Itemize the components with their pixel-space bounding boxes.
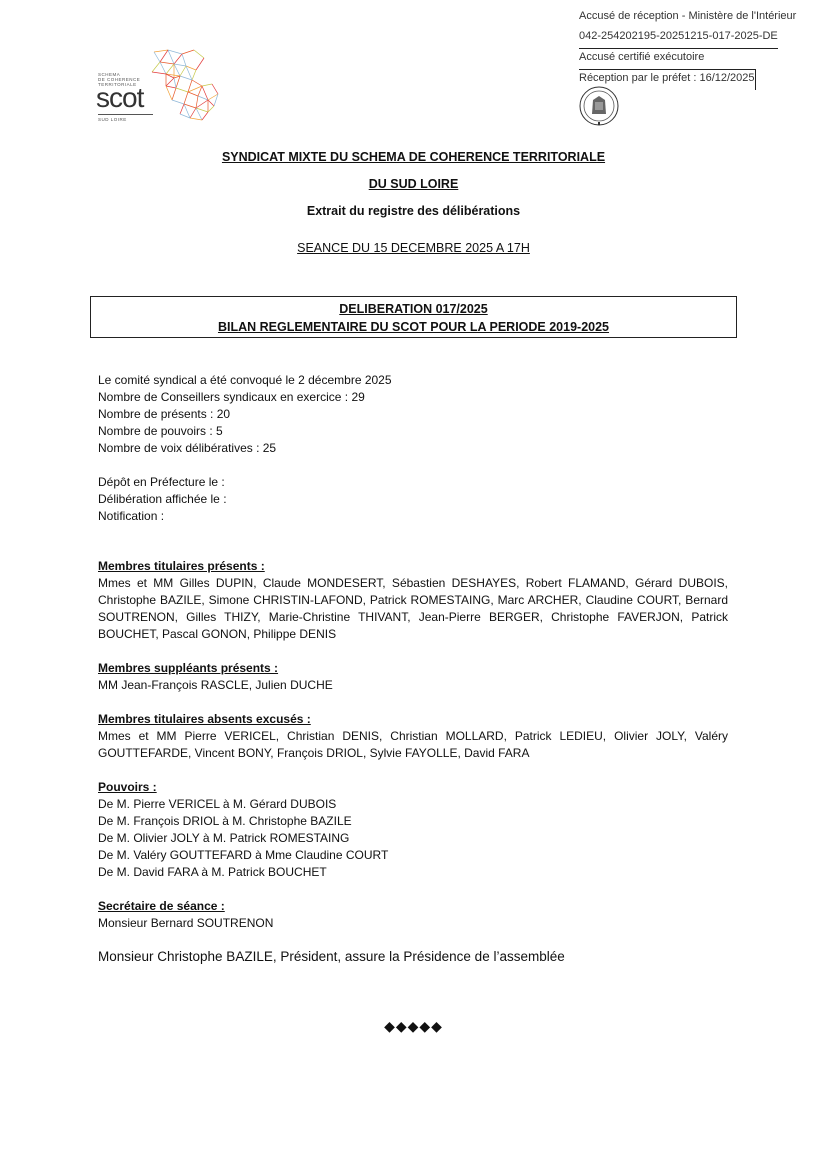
logo-region: SUD LOIRE — [98, 117, 127, 122]
deliberation-box: DELIBERATION 017/2025 BILAN REGLEMENTAIR… — [90, 296, 737, 338]
section-suppleants-presents: Membres suppléants présents : MM Jean-Fr… — [98, 660, 728, 694]
convocation-line: Nombre de présents : 20 — [98, 406, 728, 423]
section-text: Mmes et MM Gilles DUPIN, Claude MONDESER… — [98, 575, 728, 643]
section-title: Pouvoirs : — [98, 779, 728, 796]
section-title: Membres suppléants présents : — [98, 660, 728, 677]
section-secretaire: Secrétaire de séance : Monsieur Bernard … — [98, 898, 728, 932]
convocation-block: Le comité syndical a été convoqué le 2 d… — [98, 372, 728, 457]
stamp-line-1: Accusé de réception - Ministère de l'Int… — [579, 8, 809, 28]
deliberation-number: DELIBERATION 017/2025 — [91, 300, 736, 318]
proxy-item: De M. Valéry GOUTTEFARD à Mme Claudine C… — [98, 847, 728, 864]
logo-name: scot — [96, 82, 143, 114]
admin-line: Notification : — [98, 508, 728, 525]
proxy-item: De M. Pierre VERICEL à M. Gérard DUBOIS — [98, 796, 728, 813]
section-titulaires-presents: Membres titulaires présents : Mmes et MM… — [98, 558, 728, 643]
territory-network-icon — [146, 48, 220, 124]
session-date: SEANCE DU 15 DECEMBRE 2025 A 17H — [0, 241, 827, 255]
section-pouvoirs: Pouvoirs : De M. Pierre VERICEL à M. Gér… — [98, 779, 728, 881]
org-title-line-1: SYNDICAT MIXTE DU SCHEMA DE COHERENCE TE… — [0, 150, 827, 164]
section-text: Mmes et MM Pierre VERICEL, Christian DEN… — [98, 728, 728, 762]
convocation-line: Nombre de Conseillers syndicaux en exerc… — [98, 389, 728, 406]
stamp-line-3: Accusé certifié exécutoire — [579, 49, 809, 69]
proxy-item: De M. Olivier JOLY à M. Patrick ROMESTAI… — [98, 830, 728, 847]
deliberation-subject: BILAN REGLEMENTAIRE DU SCOT POUR LA PERI… — [91, 318, 736, 336]
section-text: MM Jean-François RASCLE, Julien DUCHE — [98, 677, 728, 694]
scot-logo: SCHEMA DE COHERENCE TERRITORIALE scot SU… — [96, 44, 220, 126]
admin-block: Dépôt en Préfecture le : Délibération af… — [98, 474, 728, 525]
section-title: Membres titulaires présents : — [98, 558, 728, 575]
convocation-line: Le comité syndical a été convoqué le 2 d… — [98, 372, 728, 389]
proxy-item: De M. François DRIOL à M. Christophe BAZ… — [98, 813, 728, 830]
org-title-line-2: DU SUD LOIRE — [0, 177, 827, 191]
reception-stamp: Accusé de réception - Ministère de l'Int… — [579, 8, 809, 90]
stamp-act-id: 042-254202195-20251215-017-2025-DE — [579, 28, 778, 49]
section-title: Secrétaire de séance : — [98, 898, 728, 915]
section-titulaires-absents: Membres titulaires absents excusés : Mme… — [98, 711, 728, 762]
convocation-line: Nombre de voix délibératives : 25 — [98, 440, 728, 457]
section-text: Monsieur Bernard SOUTRENON — [98, 915, 728, 932]
convocation-line: Nombre de pouvoirs : 5 — [98, 423, 728, 440]
separator-diamonds: ◆◆◆◆◆ — [0, 1018, 827, 1035]
section-title: Membres titulaires absents excusés : — [98, 711, 728, 728]
admin-line: Délibération affichée le : — [98, 491, 728, 508]
register-title: Extrait du registre des délibérations — [0, 204, 827, 218]
president-statement: Monsieur Christophe BAZILE, Président, a… — [98, 949, 565, 964]
republic-seal-icon — [579, 86, 619, 126]
admin-line: Dépôt en Préfecture le : — [98, 474, 728, 491]
proxy-item: De M. David FARA à M. Patrick BOUCHET — [98, 864, 728, 881]
